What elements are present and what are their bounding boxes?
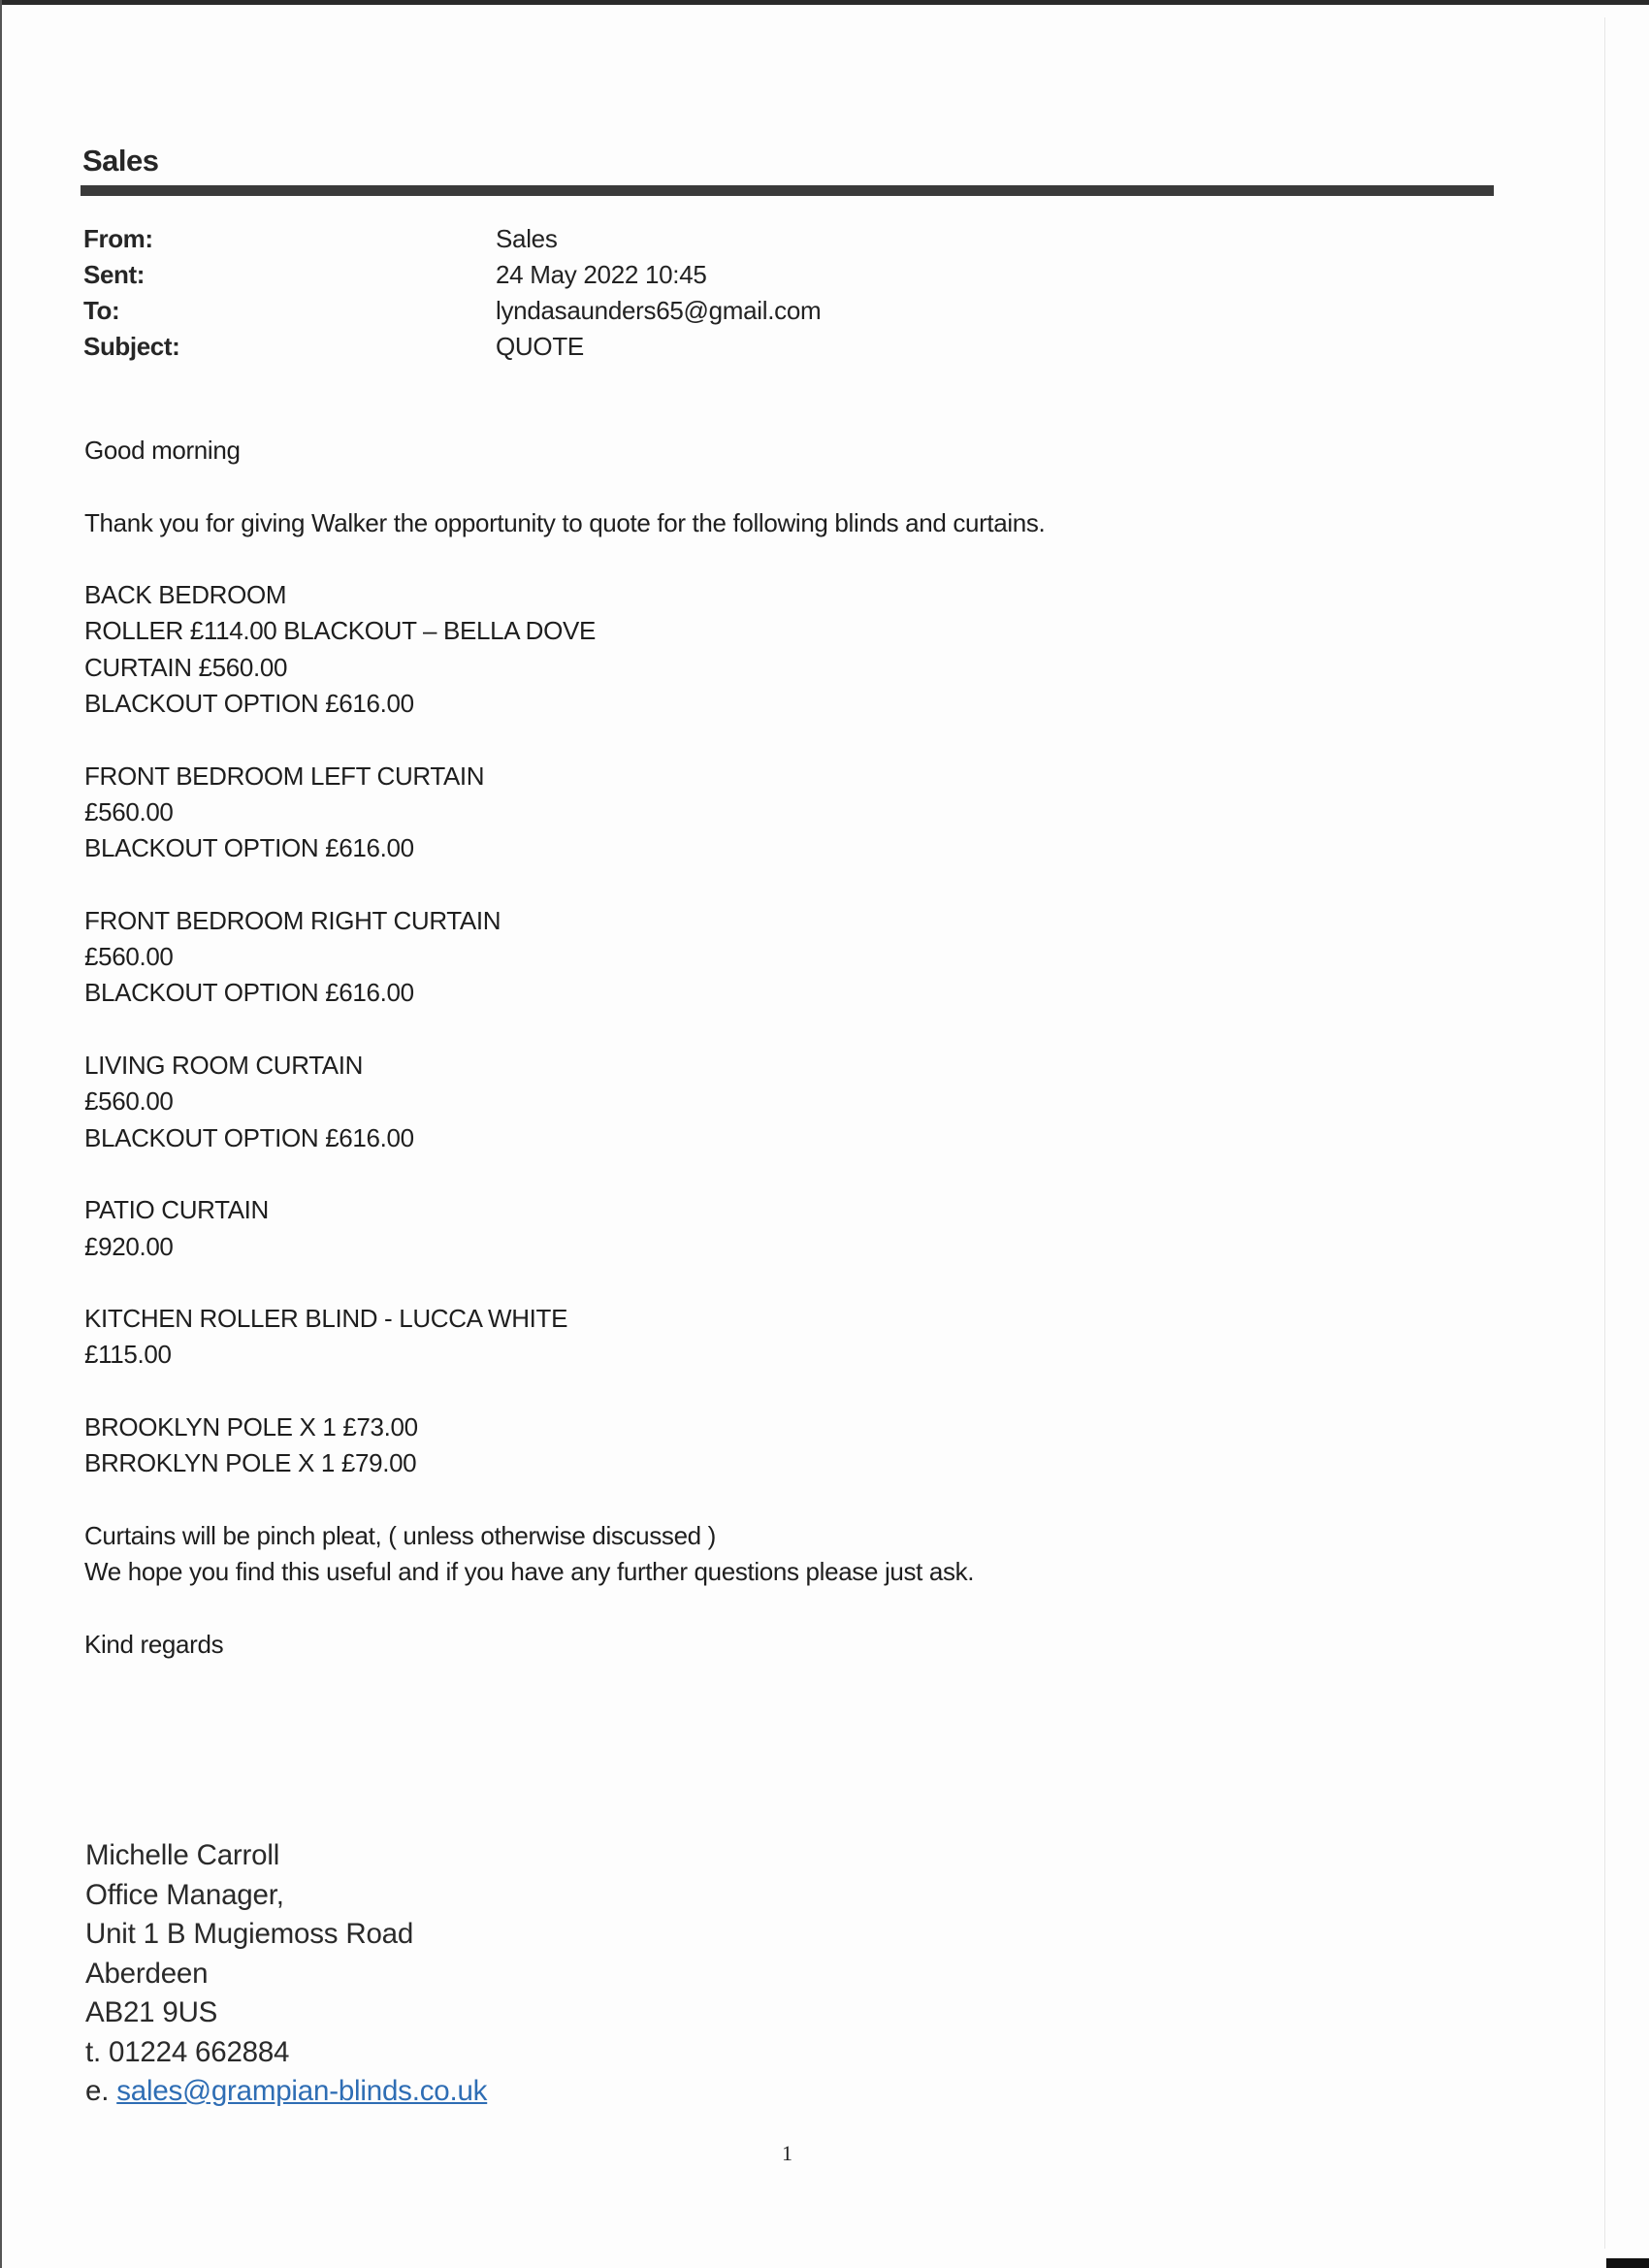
- quote-line: BLACKOUT OPTION £616.00: [84, 1120, 1442, 1156]
- email-body: Good morning Thank you for giving Walker…: [84, 433, 1442, 1663]
- sent-value: 24 May 2022 10:45: [496, 257, 707, 293]
- quote-line: £560.00: [84, 1084, 1442, 1119]
- email-header: From: Sales Sent: 24 May 2022 10:45 To: …: [83, 221, 821, 365]
- scan-edge-right: [1604, 17, 1605, 2249]
- greeting: Good morning: [84, 433, 1442, 469]
- scan-edge-top: [0, 0, 1649, 5]
- quote-section: LIVING ROOM CURTAIN£560.00BLACKOUT OPTIO…: [84, 1048, 1442, 1156]
- pleat-note: Curtains will be pinch pleat, ( unless o…: [84, 1518, 1442, 1554]
- quote-section: FRONT BEDROOM LEFT CURTAIN£560.00BLACKOU…: [84, 759, 1442, 867]
- from-value: Sales: [496, 221, 558, 257]
- signature-role: Office Manager,: [85, 1876, 487, 1916]
- header-row-sent: Sent: 24 May 2022 10:45: [83, 257, 821, 293]
- quote-line: £920.00: [84, 1229, 1442, 1265]
- quote-line: CURTAIN £560.00: [84, 650, 1442, 686]
- email-prefix: e.: [85, 2075, 109, 2107]
- section-heading: KITCHEN ROLLER BLIND - LUCCA WHITE: [84, 1301, 1442, 1337]
- quote-sections: BACK BEDROOMROLLER £114.00 BLACKOUT – BE…: [84, 577, 1442, 1481]
- from-label: From:: [83, 221, 496, 257]
- subject-label: Subject:: [83, 329, 496, 365]
- scan-corner-mark: [1606, 2258, 1649, 2268]
- section-heading: FRONT BEDROOM LEFT CURTAIN: [84, 759, 1442, 794]
- signature-city: Aberdeen: [85, 1955, 487, 1994]
- signature-postcode: AB21 9US: [85, 1993, 487, 2033]
- quote-line: £560.00: [84, 939, 1442, 975]
- quote-line: £560.00: [84, 794, 1442, 830]
- page-title: Sales: [82, 144, 159, 178]
- sign-off: Kind regards: [84, 1627, 1442, 1663]
- quote-line: BRROKLYN POLE X 1 £79.00: [84, 1445, 1442, 1481]
- email-link[interactable]: sales@grampian-blinds.co.uk: [116, 2075, 487, 2107]
- subject-value: QUOTE: [496, 329, 584, 365]
- section-heading: PATIO CURTAIN: [84, 1192, 1442, 1228]
- closing-line: We hope you find this useful and if you …: [84, 1554, 1442, 1590]
- signature-block: Michelle Carroll Office Manager, Unit 1 …: [85, 1836, 487, 2112]
- quote-section: BACK BEDROOMROLLER £114.00 BLACKOUT – BE…: [84, 577, 1442, 722]
- quote-line: £115.00: [84, 1337, 1442, 1373]
- quote-line: BLACKOUT OPTION £616.00: [84, 830, 1442, 866]
- quote-section: KITCHEN ROLLER BLIND - LUCCA WHITE£115.0…: [84, 1301, 1442, 1374]
- signature-address: Unit 1 B Mugiemoss Road: [85, 1915, 487, 1955]
- signature-name: Michelle Carroll: [85, 1836, 487, 1876]
- phone-number: 01224 662884: [109, 2036, 289, 2068]
- quote-section: FRONT BEDROOM RIGHT CURTAIN£560.00BLACKO…: [84, 903, 1442, 1012]
- quote-section: PATIO CURTAIN£920.00: [84, 1192, 1442, 1265]
- quote-line: ROLLER £114.00 BLACKOUT – BELLA DOVE: [84, 613, 1442, 649]
- phone-prefix: t.: [85, 2036, 101, 2068]
- scan-edge-left: [0, 0, 2, 2268]
- intro-paragraph: Thank you for giving Walker the opportun…: [84, 505, 1442, 541]
- quote-line: BLACKOUT OPTION £616.00: [84, 975, 1442, 1011]
- section-heading: BROOKLYN POLE X 1 £73.00: [84, 1409, 1442, 1445]
- section-heading: FRONT BEDROOM RIGHT CURTAIN: [84, 903, 1442, 939]
- header-row-from: From: Sales: [83, 221, 821, 257]
- page-number: 1: [782, 2141, 792, 2166]
- sent-label: Sent:: [83, 257, 496, 293]
- section-heading: BACK BEDROOM: [84, 577, 1442, 613]
- to-value: lyndasaunders65@gmail.com: [496, 293, 821, 329]
- section-heading: LIVING ROOM CURTAIN: [84, 1048, 1442, 1084]
- quote-section: BROOKLYN POLE X 1 £73.00BRROKLYN POLE X …: [84, 1409, 1442, 1482]
- to-label: To:: [83, 293, 496, 329]
- quote-line: BLACKOUT OPTION £616.00: [84, 686, 1442, 722]
- header-row-to: To: lyndasaunders65@gmail.com: [83, 293, 821, 329]
- signature-email-line: e. sales@grampian-blinds.co.uk: [85, 2072, 487, 2112]
- header-row-subject: Subject: QUOTE: [83, 329, 821, 365]
- title-rule: [81, 185, 1494, 196]
- signature-phone-line: t. 01224 662884: [85, 2033, 487, 2073]
